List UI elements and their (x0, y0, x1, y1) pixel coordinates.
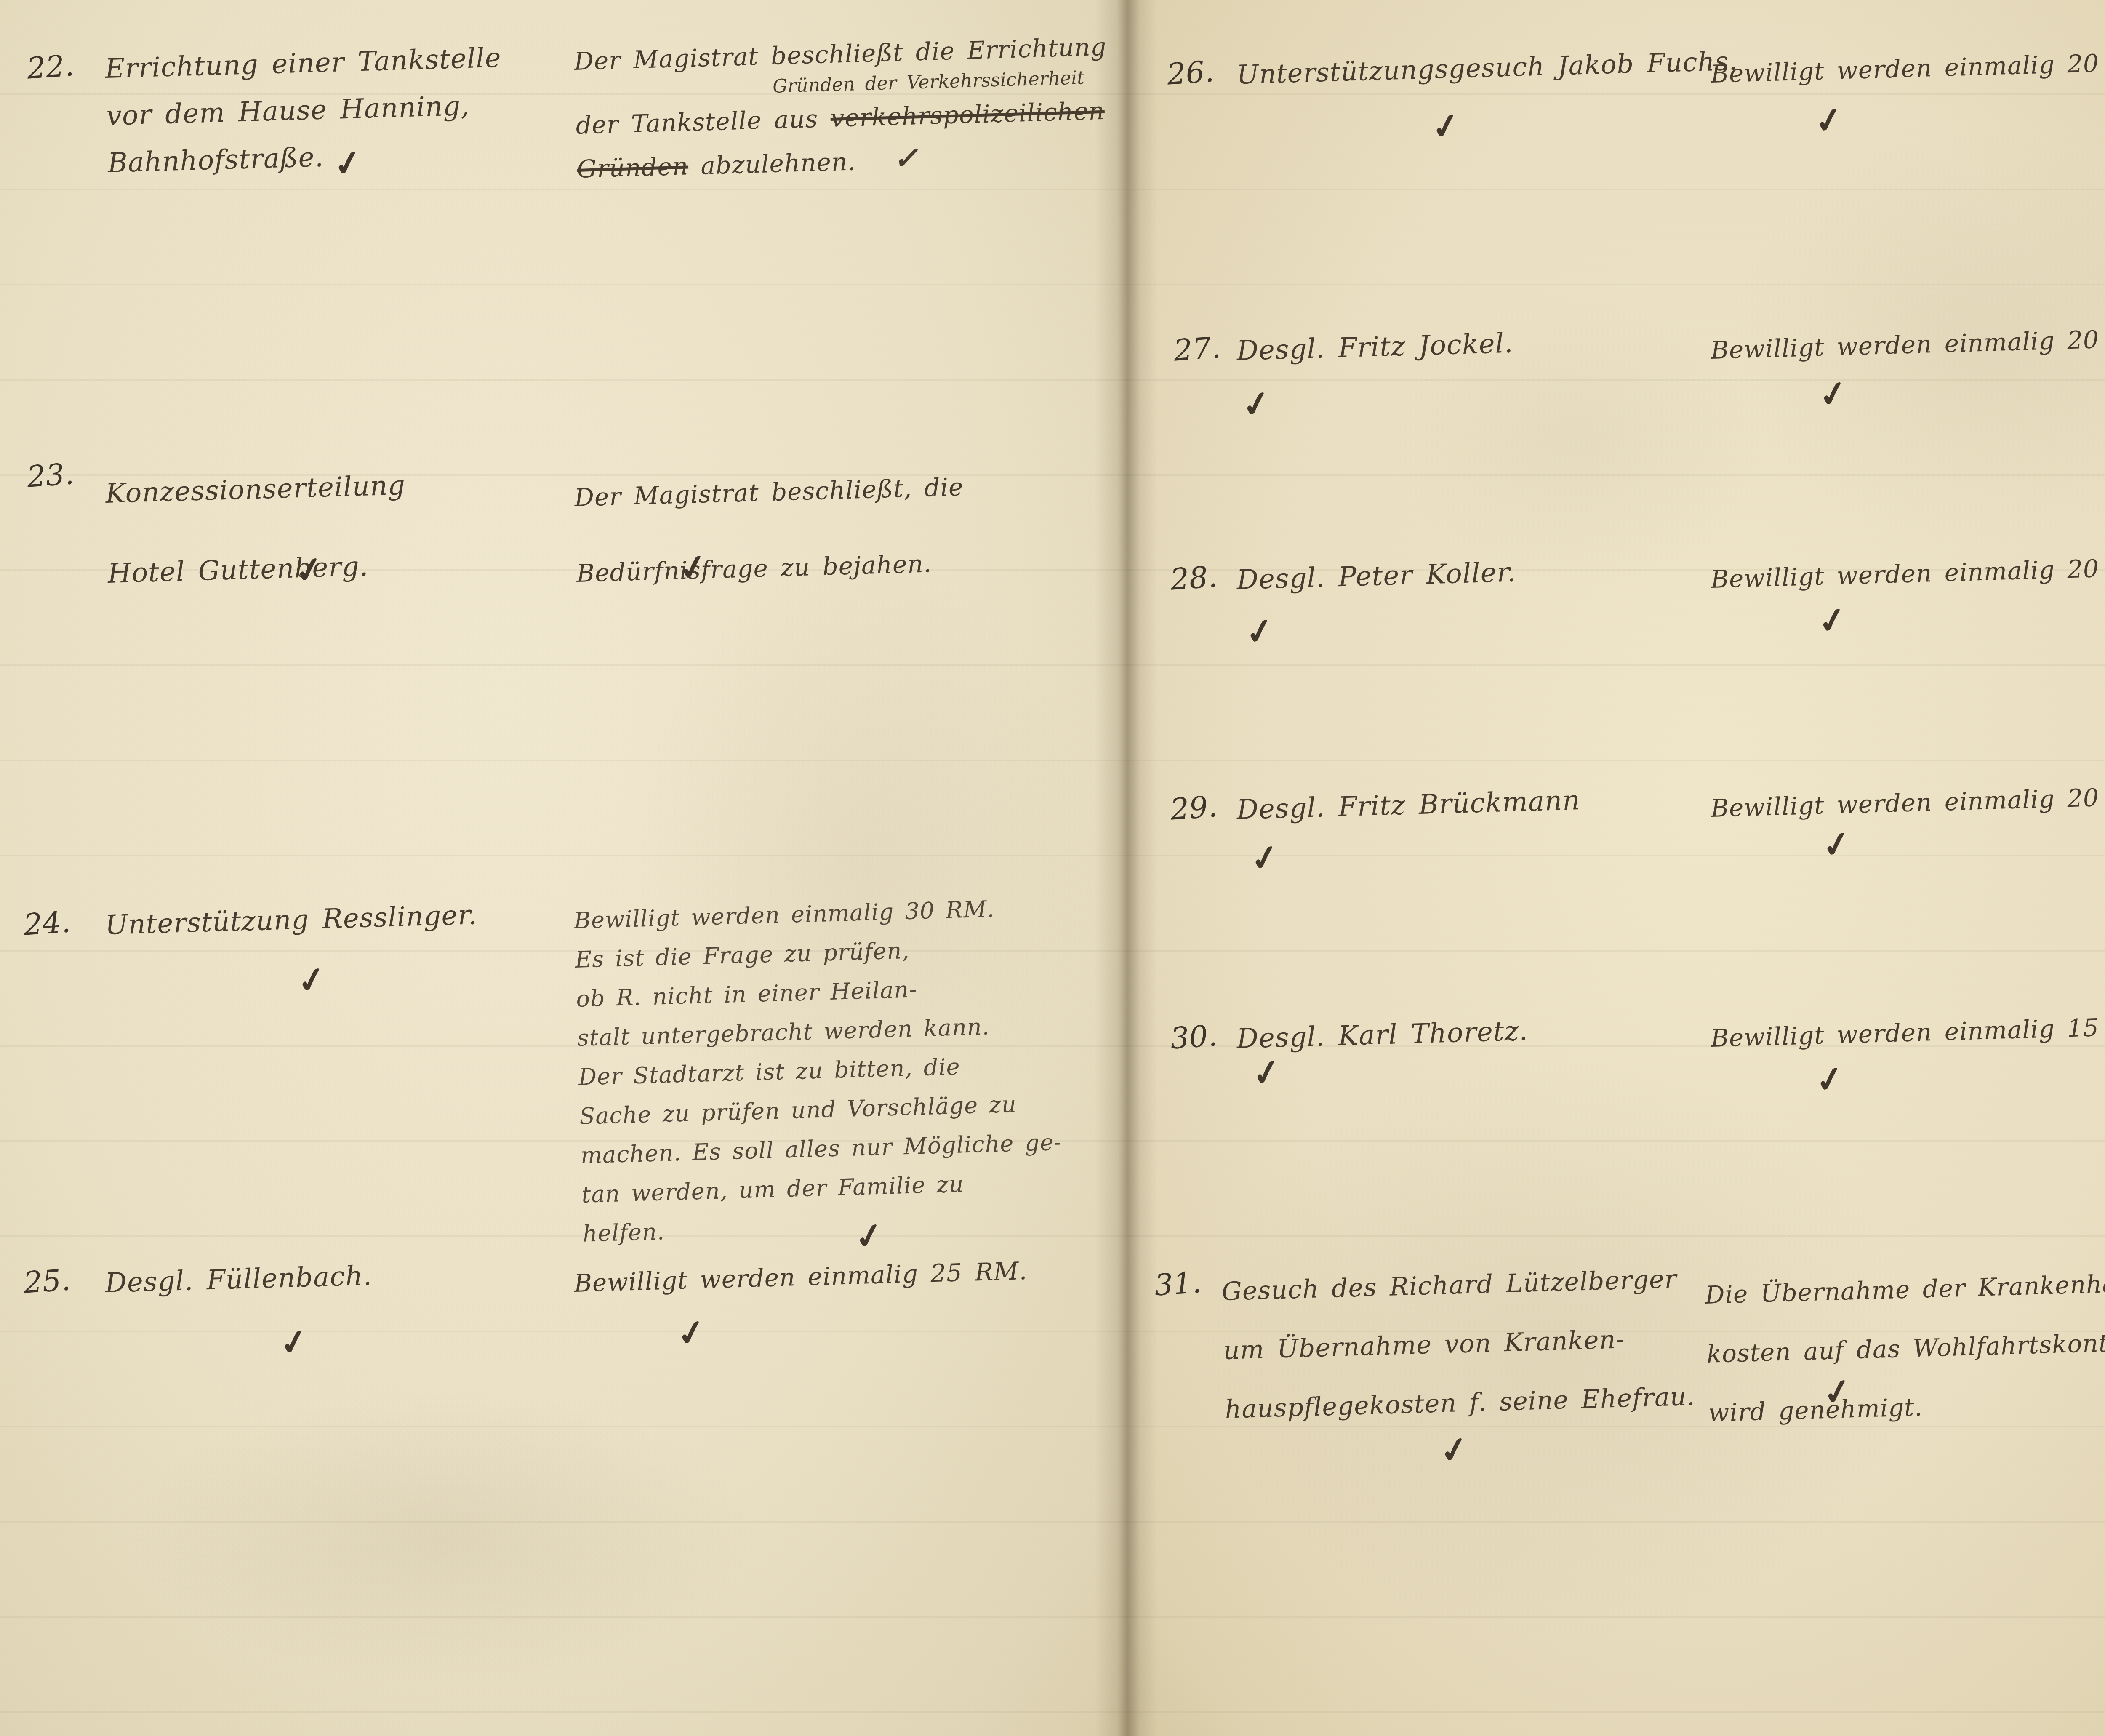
entry-25-number: 25. (22, 1262, 72, 1300)
decision-text: abzulehnen. (700, 147, 856, 180)
left-page (0, 0, 1118, 1736)
entry-23-topic: Konzessionserteilung Hotel Guttenberg. (104, 445, 409, 614)
entry-24-decision: Bewilligt werden einmalig 30 RM. Es ist … (573, 888, 1065, 1253)
entry-28-topic: Desgl. Peter Koller. (1236, 549, 1517, 603)
entry-29-number: 29. (1169, 789, 1218, 827)
entry-24-number: 24. (22, 904, 72, 942)
decision-line: Bedürfnisfrage zu bejahen. (576, 525, 967, 611)
topic-line: Desgl. Fritz Jockel. (1236, 320, 1514, 375)
decision-line: kosten auf das Wohlfahrtskonto (1706, 1312, 2105, 1384)
decision-line: wird genehmigt. (1708, 1371, 2105, 1443)
entry-22-decision: Der Magistrat beschließt die Errichtung … (573, 26, 1110, 190)
entry-23-decision: Der Magistrat beschließt, die Bedürfnisf… (573, 449, 967, 611)
topic-line: Konzessionserteilung (104, 445, 407, 534)
entry-31-number: 31. (1153, 1265, 1202, 1303)
ledger-scan: 22. Errichtung einer Tankstelle vor dem … (0, 0, 2105, 1736)
decision-text: der Tankstelle aus (576, 104, 819, 140)
struck-text: verkehrspolizeilichen (830, 96, 1105, 133)
decision-line: Der Magistrat beschließt, die (573, 449, 965, 536)
topic-line: Desgl. Füllenbach. (104, 1252, 373, 1307)
entry-30-number: 30. (1169, 1018, 1218, 1056)
entry-28-number: 28. (1169, 559, 1218, 597)
ruled-lines (0, 0, 1118, 1736)
entry-29-topic: Desgl. Fritz Brückmann (1236, 777, 1581, 834)
entry-22-topic: Errichtung einer Tankstelle vor dem Haus… (104, 35, 504, 187)
topic-line: Desgl. Fritz Brückmann (1236, 777, 1581, 834)
entry-27-topic: Desgl. Fritz Jockel. (1236, 320, 1514, 375)
entry-31-decision: Die Übernahme der Krankenhaus- kosten au… (1704, 1253, 2105, 1443)
entry-30-topic: Desgl. Karl Thoretz. (1236, 1008, 1529, 1063)
entry-31-topic: Gesuch des Richard Lützelberger um Übern… (1221, 1249, 1696, 1439)
decision-line: Die Übernahme der Krankenhaus- (1704, 1253, 2105, 1325)
struck-text: Gründen (577, 152, 689, 184)
entry-22-number: 22. (26, 48, 75, 86)
topic-line: Desgl. Karl Thoretz. (1236, 1008, 1529, 1063)
topic-line: Hotel Guttenberg. (107, 525, 409, 614)
entry-25-topic: Desgl. Füllenbach. (104, 1252, 373, 1307)
checkmark-icon: ✓ (868, 140, 919, 176)
entry-23-number: 23. (26, 456, 75, 494)
topic-line: Desgl. Peter Koller. (1236, 549, 1517, 603)
entry-27-number: 27. (1172, 330, 1222, 368)
entry-26-number: 26. (1166, 54, 1215, 92)
